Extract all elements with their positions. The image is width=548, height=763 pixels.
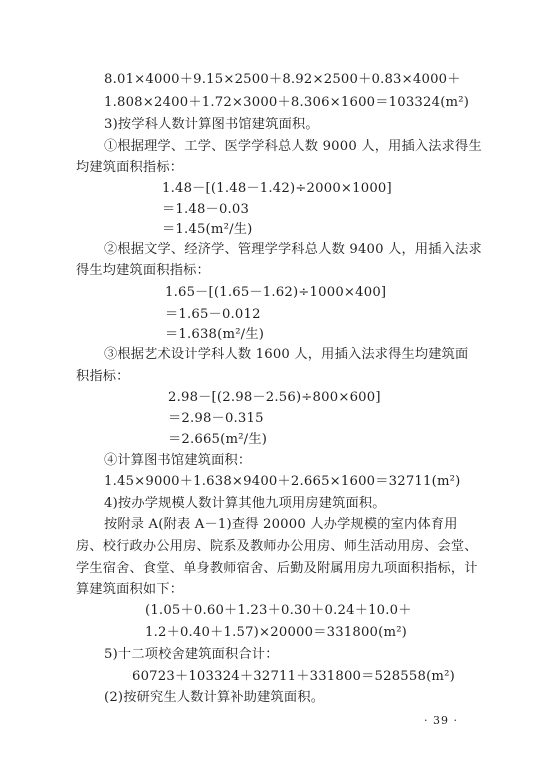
text-line: (1.05＋0.60＋1.23＋0.30＋0.24＋10.0＋ xyxy=(145,602,412,620)
text-line: ＝2.665(m²/生) xyxy=(168,431,267,449)
text-line: ＝1.45(m²/生) xyxy=(162,221,252,239)
text-line: 得生均建筑面积指标： xyxy=(76,262,210,280)
text-line: 3)按学科人数计算图书馆建筑面积。 xyxy=(104,116,319,134)
text-line: 积指标： xyxy=(76,368,130,386)
text-line: ＝1.48－0.03 xyxy=(162,201,249,219)
text-line: 2.98－[(2.98－2.56)÷800×600] xyxy=(168,389,381,407)
text-line: 学生宿舍、食堂、单身教师宿舍、后勤及附属用房九项面积指标，计 xyxy=(76,560,478,578)
text-line: 房、校行政办公用房、院系及教师办公用房、师生活动用房、会堂、 xyxy=(76,538,478,556)
text-line: ②根据文学、经济学、管理学学科总人数 9400 人，用插入法求 xyxy=(104,241,482,259)
text-line: ＝2.98－0.315 xyxy=(168,410,264,428)
text-line: 1.65－[(1.65－1.62)÷1000×400] xyxy=(165,284,386,302)
text-line: ①根据理学、工学、医学学科总人数 9000 人，用插入法求得生 xyxy=(104,138,482,156)
text-line: ③根据艺术设计学科人数 1600 人，用插入法求得生均建筑面 xyxy=(104,346,468,364)
text-line: ＝1.65－0.012 xyxy=(165,306,261,324)
text-line: ＝1.638(m²/生) xyxy=(165,326,264,344)
text-line: 1.48－[(1.48－1.42)÷2000×1000] xyxy=(162,180,392,198)
page-number: · 39 · xyxy=(424,712,458,730)
text-line: 60723＋103324＋32711＋331800＝528558(m²) xyxy=(132,668,455,686)
text-line: (2)按研究生人数计算补助建筑面积。 xyxy=(104,689,324,707)
text-line: 4)按办学规模人数计算其他九项用房建筑面积。 xyxy=(104,495,386,513)
text-line: 1.808×2400＋1.72×3000＋8.306×1600＝103324(m… xyxy=(104,94,469,112)
text-line: 均建筑面积指标： xyxy=(76,159,183,177)
text-line: 8.01×4000＋9.15×2500＋8.92×2500＋0.83×4000＋ xyxy=(104,71,461,89)
text-line: 按附录 A(附表 A－1)查得 20000 人办学规模的室内体育用 xyxy=(104,516,458,534)
text-line: 1.45×9000＋1.638×9400＋2.665×1600＝32711(m²… xyxy=(104,473,461,491)
text-line: 算建筑面积如下： xyxy=(76,581,183,599)
text-line: 5)十二项校舍建筑面积合计： xyxy=(104,646,279,664)
text-line: 1.2＋0.40＋1.57)×20000＝331800(m²) xyxy=(145,624,407,642)
text-line: ④计算图书馆建筑面积： xyxy=(104,452,251,470)
